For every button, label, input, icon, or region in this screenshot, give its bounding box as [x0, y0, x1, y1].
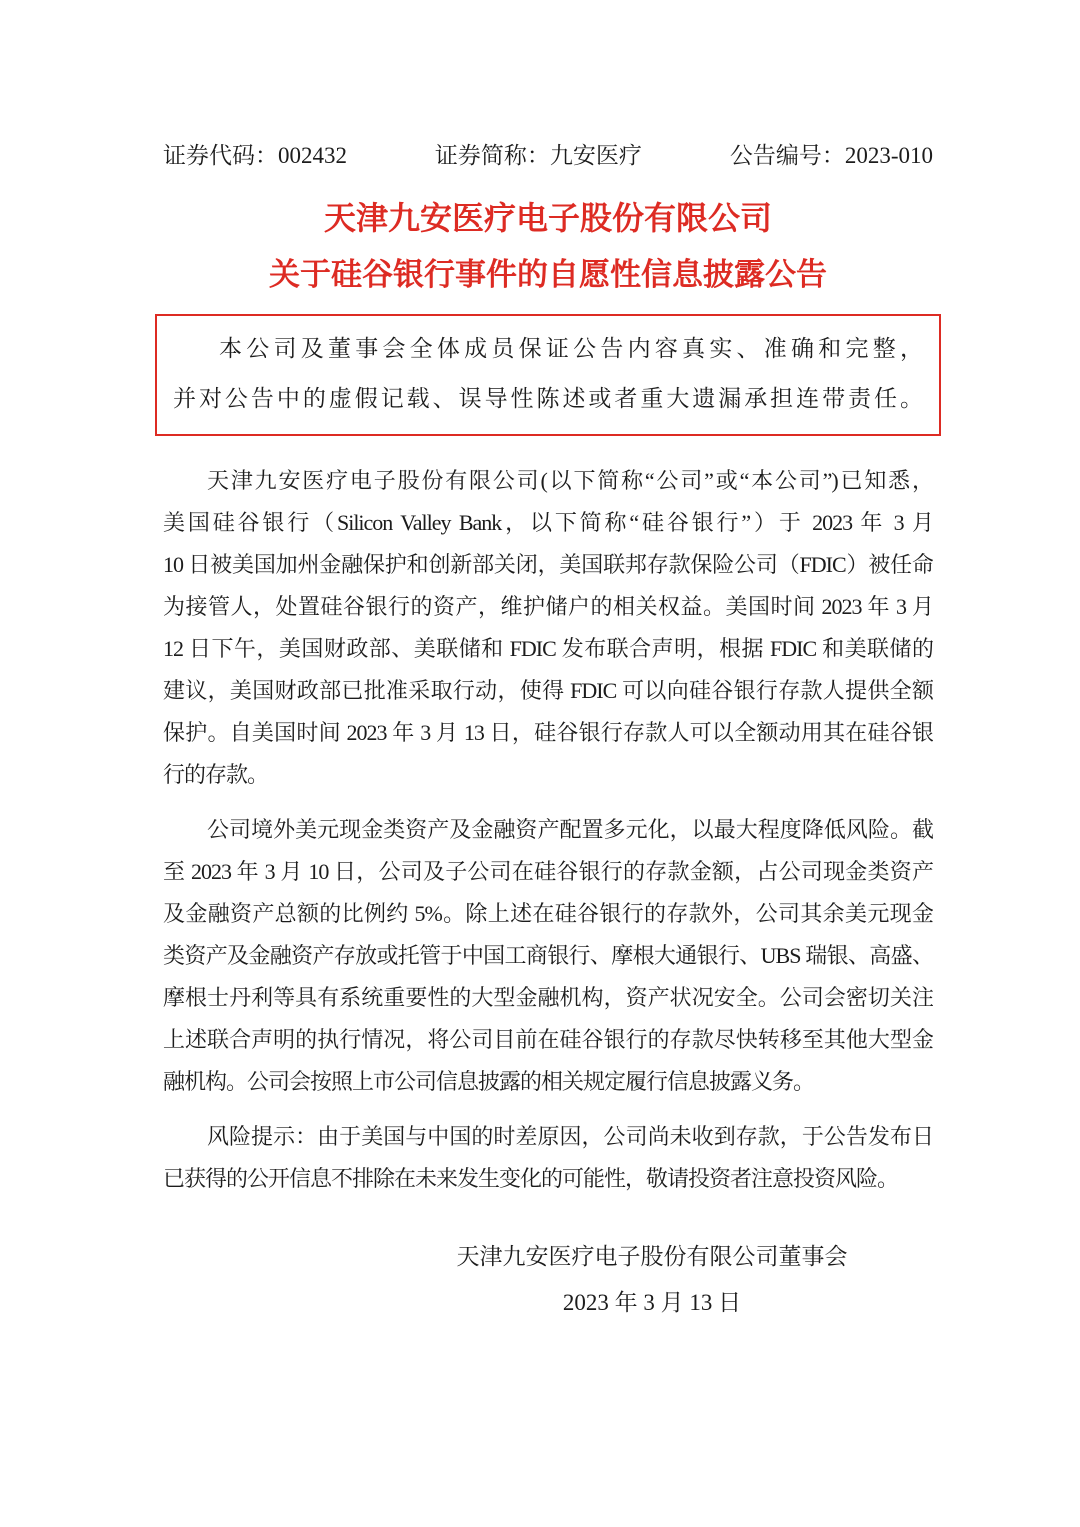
text-line: 并对公告中的虚假记载、误导性陈述或者重大遗漏承担连带责任。 — [173, 374, 923, 424]
text-line: 公司境外美元现金类资产及金融资产配置多元化，以最大程度降低风险。截 — [163, 809, 933, 851]
text-line: 建议，美国财政部已批准采取行动，使得 FDIC 可以向硅谷银行存款人提供全额 — [163, 670, 933, 712]
text-line: 融机构。公司会按照上市公司信息披露的相关规定履行信息披露义务。 — [163, 1061, 933, 1103]
company-title: 天津九安医疗电子股份有限公司 — [163, 196, 933, 240]
text-line: 12 日下午，美国财政部、美联储和 FDIC 发布联合声明，根据 FDIC 和美… — [163, 628, 933, 670]
signature-company: 天津九安医疗电子股份有限公司董事会 — [452, 1234, 852, 1280]
text-line: 至 2023 年 3 月 10 日，公司及子公司在硅谷银行的存款金额，占公司现金… — [163, 851, 933, 893]
paragraph-svb-event: 天津九安医疗电子股份有限公司(以下简称“公司”或“本公司”)已知悉，美国硅谷银行… — [163, 460, 933, 796]
text-line: 风险提示：由于美国与中国的时差原因，公司尚未收到存款，于公告发布日 — [163, 1116, 933, 1158]
text-line: 10 日被美国加州金融保护和创新部关闭，美国联邦存款保险公司（FDIC）被任命 — [163, 544, 933, 586]
announcement-title: 关于硅谷银行事件的自愿性信息披露公告 — [163, 253, 933, 297]
signature-block: 天津九安医疗电子股份有限公司董事会 2023 年 3 月 13 日 — [452, 1234, 852, 1326]
text-line: 为接管人，处置硅谷银行的资产，维护储户的相关权益。美国时间 2023 年 3 月 — [163, 586, 933, 628]
text-line: 类资产及金融资产存放或托管于中国工商银行、摩根大通银行、UBS 瑞银、高盛、 — [163, 935, 933, 977]
document-header: 证券代码：002432 证券简称：九安医疗 公告编号：2023-010 — [163, 141, 933, 171]
text-line: 保护。自美国时间 2023 年 3 月 13 日，硅谷银行存款人可以全额动用其在… — [163, 712, 933, 754]
text-line: 已获得的公开信息不排除在未来发生变化的可能性，敬请投资者注意投资风险。 — [163, 1158, 933, 1200]
text-line: 行的存款。 — [163, 754, 933, 796]
paragraph-risk-warning: 风险提示：由于美国与中国的时差原因，公司尚未收到存款，于公告发布日已获得的公开信… — [163, 1116, 933, 1200]
text-line: 上述联合声明的执行情况，将公司目前在硅谷银行的存款尽快转移至其他大型金 — [163, 1019, 933, 1061]
text-line: 美国硅谷银行（Silicon Valley Bank，以下简称“硅谷银行”）于 … — [163, 502, 933, 544]
stock-name: 证券简称：九安医疗 — [435, 141, 642, 171]
body-paragraphs: 天津九安医疗电子股份有限公司(以下简称“公司”或“本公司”)已知悉，美国硅谷银行… — [163, 460, 933, 1200]
announcement-page: 证券代码：002432 证券简称：九安医疗 公告编号：2023-010 天津九安… — [0, 0, 1080, 1527]
board-guarantee-notice-box: 本公司及董事会全体成员保证公告内容真实、准确和完整，并对公告中的虚假记载、误导性… — [155, 314, 941, 436]
announcement-number: 公告编号：2023-010 — [730, 141, 933, 171]
text-line: 天津九安医疗电子股份有限公司(以下简称“公司”或“本公司”)已知悉， — [163, 460, 933, 502]
paragraph-asset-allocation: 公司境外美元现金类资产及金融资产配置多元化，以最大程度降低风险。截至 2023 … — [163, 809, 933, 1103]
signature-date: 2023 年 3 月 13 日 — [452, 1280, 852, 1326]
text-line: 及金融资产总额的比例约 5%。除上述在硅谷银行的存款外，公司其余美元现金 — [163, 893, 933, 935]
text-line: 摩根士丹利等具有系统重要性的大型金融机构，资产状况安全。公司会密切关注 — [163, 977, 933, 1019]
stock-code: 证券代码：002432 — [163, 141, 347, 171]
text-line: 本公司及董事会全体成员保证公告内容真实、准确和完整， — [173, 324, 923, 374]
